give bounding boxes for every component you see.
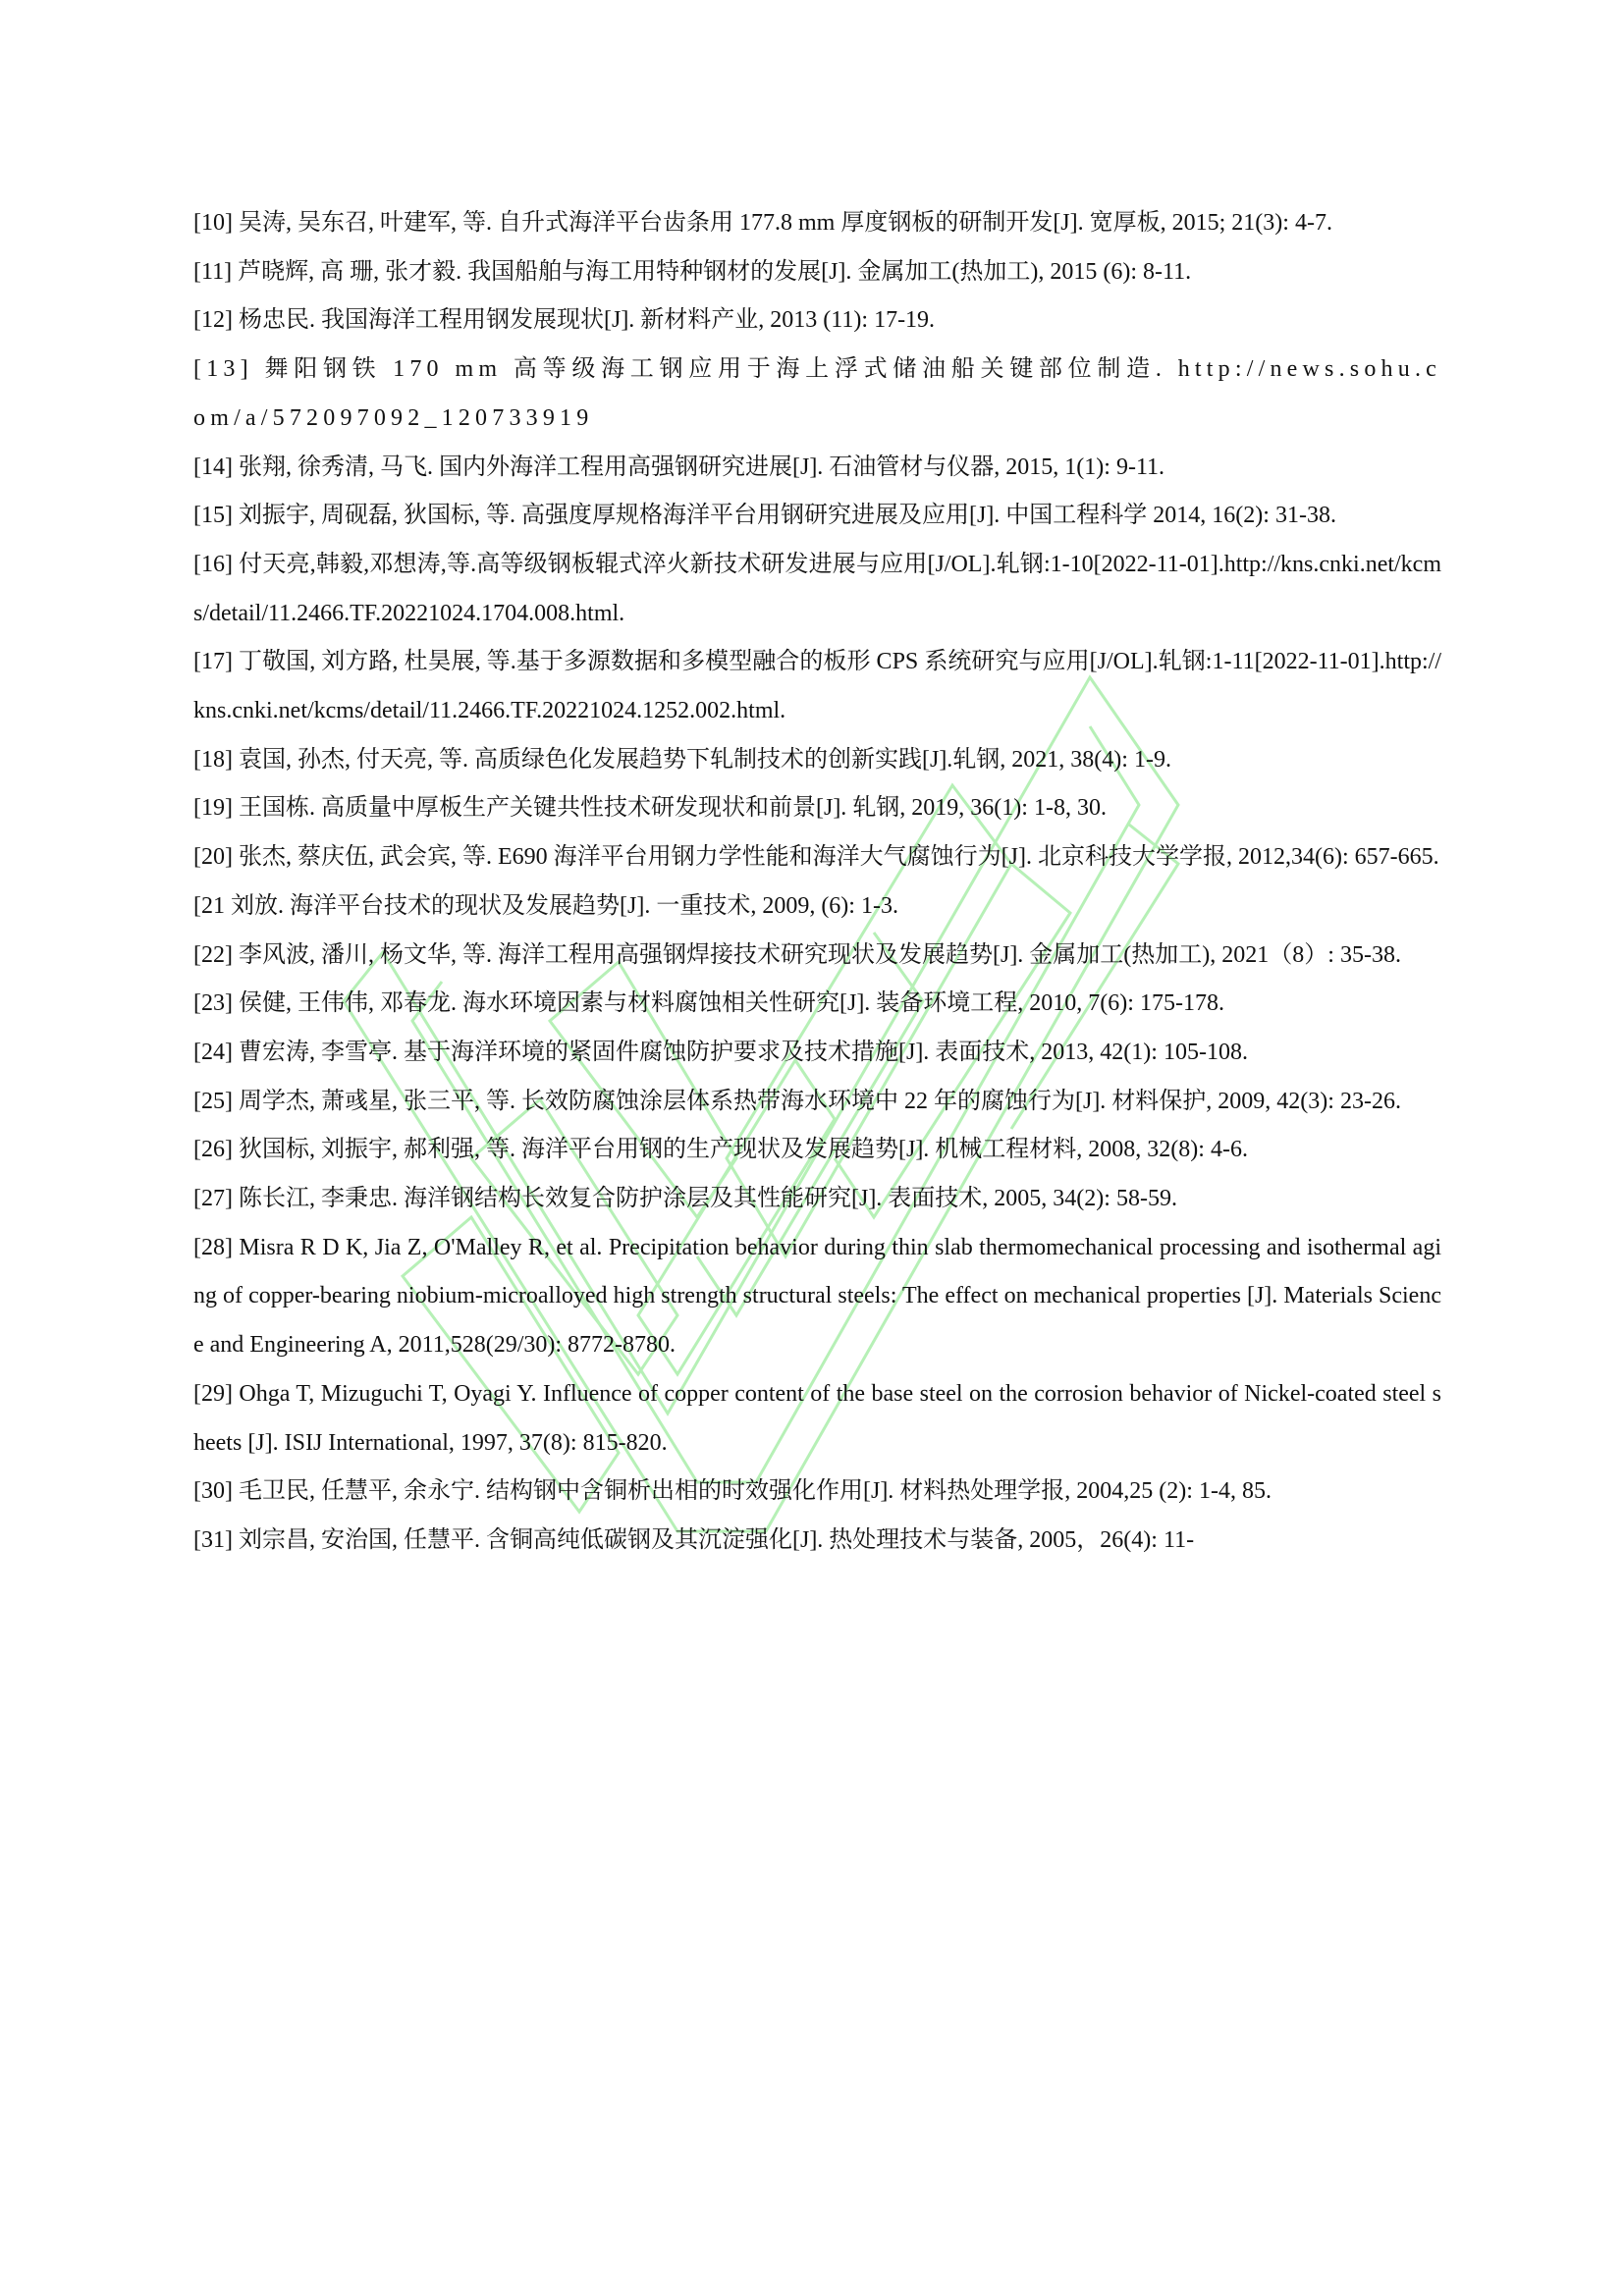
reference-item-25: [25] 周学杰, 萧彧星, 张三平, 等. 长效防腐蚀涂层体系热带海水环境中 …: [193, 1078, 1441, 1127]
reference-item-30: [30] 毛卫民, 任慧平, 余永宁. 结构钢中含铜析出相的时效强化作用[J].…: [193, 1468, 1441, 1517]
reference-item-28: [28] Misra R D K, Jia Z, O'Malley R, et …: [193, 1224, 1441, 1370]
document-page: [10] 吴涛, 吴东召, 叶建军, 等. 自升式海洋平台齿条用 177.8 m…: [0, 0, 1624, 2296]
reference-item-11: [11] 芦晓辉, 高 珊, 张才毅. 我国船舶与海工用特种钢材的发展[J]. …: [193, 248, 1441, 297]
reference-item-27: [27] 陈长江, 李秉忠. 海洋钢结构长效复合防护涂层及其性能研究[J]. 表…: [193, 1175, 1441, 1224]
reference-item-15: [15] 刘振宇, 周砚磊, 狄国标, 等. 高强度厚规格海洋平台用钢研究进展及…: [193, 492, 1441, 541]
reference-list: [10] 吴涛, 吴东召, 叶建军, 等. 自升式海洋平台齿条用 177.8 m…: [193, 199, 1441, 1566]
reference-item-19: [19] 王国栋. 高质量中厚板生产关键共性技术研发现状和前景[J]. 轧钢, …: [193, 784, 1441, 833]
reference-item-23: [23] 侯健, 王伟伟, 邓春龙. 海水环境因素与材料腐蚀相关性研究[J]. …: [193, 980, 1441, 1029]
reference-item-13: [13] 舞阳钢铁 170 mm 高等级海工钢应用于海上浮式储油船关键部位制造.…: [193, 346, 1441, 443]
reference-item-26: [26] 狄国标, 刘振宇, 郝利强, 等. 海洋平台用钢的生产现状及发展趋势[…: [193, 1126, 1441, 1175]
reference-item-31: [31] 刘宗昌, 安治国, 任慧平. 含铜高纯低碳钢及其沉淀强化[J]. 热处…: [193, 1517, 1441, 1566]
reference-item-17: [17] 丁敬国, 刘方路, 杜昊展, 等.基于多源数据和多模型融合的板形 CP…: [193, 638, 1441, 735]
reference-item-18: [18] 袁国, 孙杰, 付天亮, 等. 高质绿色化发展趋势下轧制技术的创新实践…: [193, 736, 1441, 785]
reference-item-10: [10] 吴涛, 吴东召, 叶建军, 等. 自升式海洋平台齿条用 177.8 m…: [193, 199, 1441, 248]
reference-item-16: [16] 付天亮,韩毅,邓想涛,等.高等级钢板辊式淬火新技术研发进展与应用[J/…: [193, 541, 1441, 638]
reference-item-12: [12] 杨忠民. 我国海洋工程用钢发展现状[J]. 新材料产业, 2013 (…: [193, 296, 1441, 346]
reference-item-14: [14] 张翔, 徐秀清, 马飞. 国内外海洋工程用高强钢研究进展[J]. 石油…: [193, 444, 1441, 493]
reference-item-24: [24] 曹宏涛, 李雪亭. 基于海洋环境的紧固件腐蚀防护要求及技术措施[J].…: [193, 1029, 1441, 1078]
reference-item-21: [21 刘放. 海洋平台技术的现状及发展趋势[J]. 一重技术, 2009, (…: [193, 882, 1441, 932]
reference-item-29: [29] Ohga T, Mizuguchi T, Oyagi Y. Influ…: [193, 1370, 1441, 1468]
reference-item-22: [22] 李风波, 潘川, 杨文华, 等. 海洋工程用高强钢焊接技术研究现状及发…: [193, 932, 1441, 981]
reference-item-20: [20] 张杰, 蔡庆伍, 武会宾, 等. E690 海洋平台用钢力学性能和海洋…: [193, 833, 1441, 882]
